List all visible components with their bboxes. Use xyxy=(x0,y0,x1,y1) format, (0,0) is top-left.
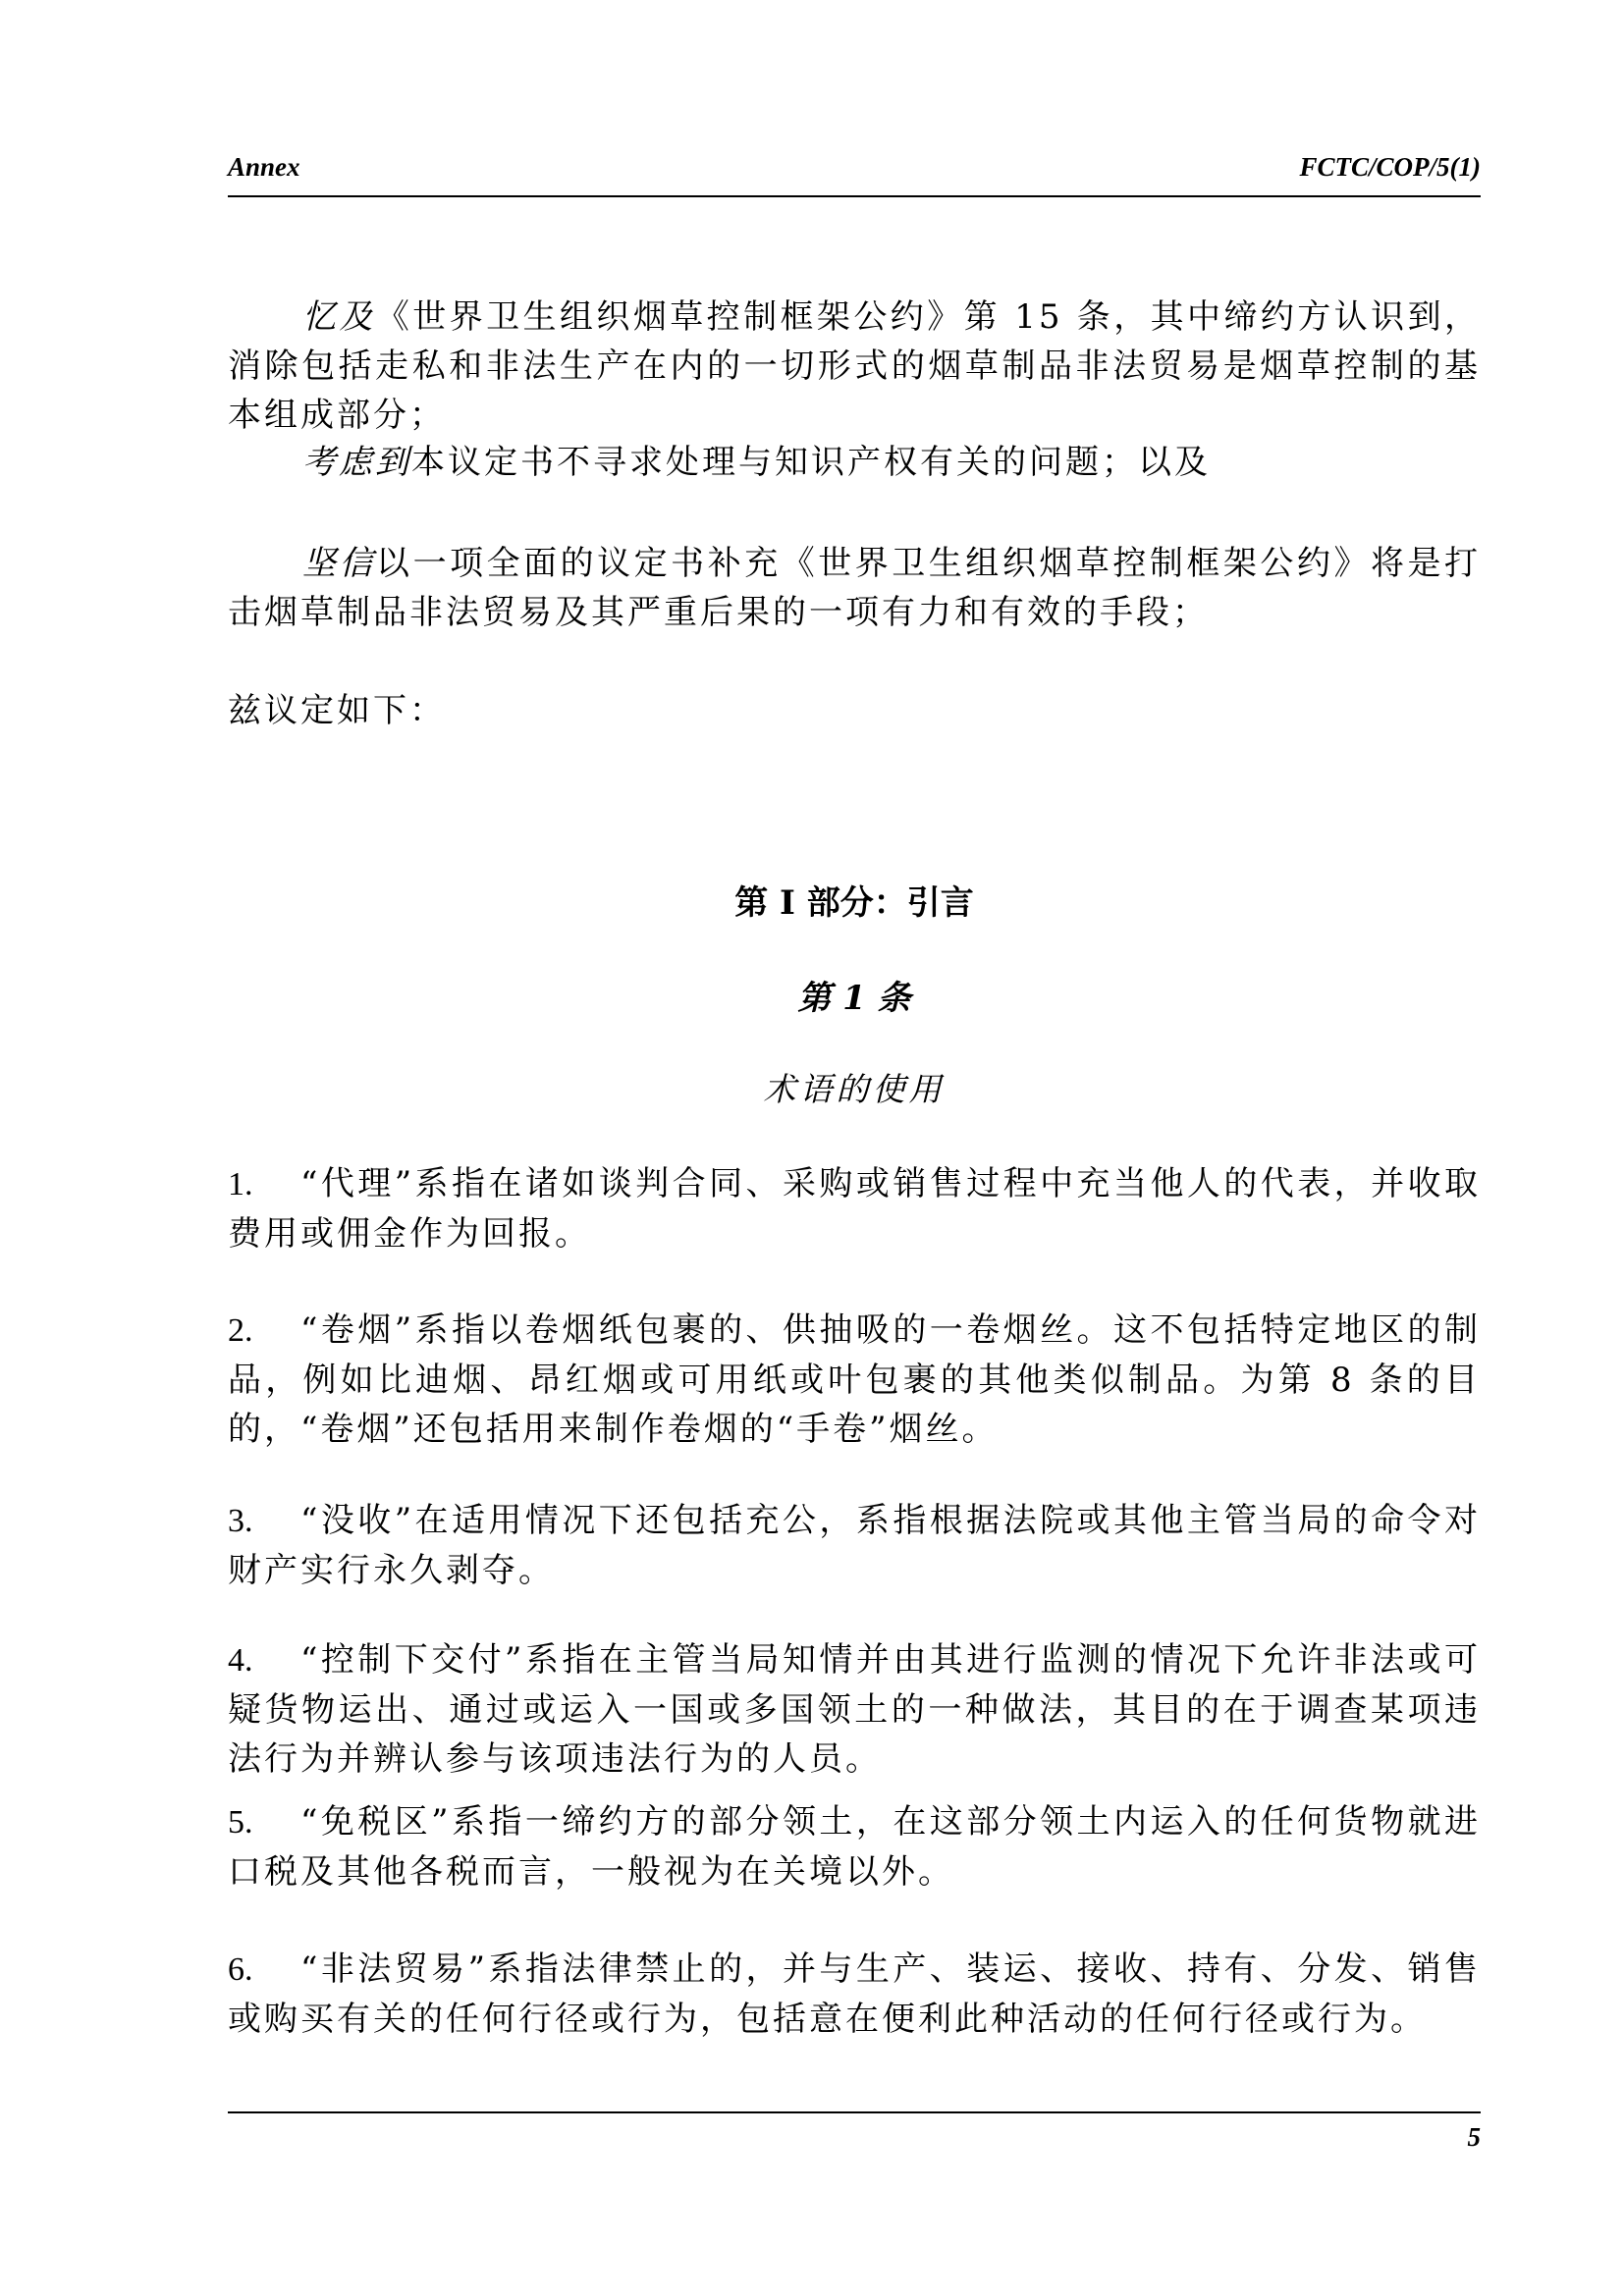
article-subtitle: 术语的使用 xyxy=(228,1066,1481,1113)
page-number: 5 xyxy=(1468,2122,1482,2153)
definition-text: “非法贸易”系指法律禁止的，并与生产、装运、接收、持有、分发、销售或购买有关的任… xyxy=(228,1949,1481,2039)
preamble-lead: 忆及 xyxy=(302,297,376,337)
definition-number: 3. xyxy=(228,1497,300,1546)
preamble-text: 《世界卫生组织烟草控制框架公约》第 15 条，其中缔约方认识到，消除包括走私和非… xyxy=(228,297,1481,435)
part-heading: 第 I 部分：引言 xyxy=(228,880,1481,927)
preamble-paragraph-3: 坚信以一项全面的议定书补充《世界卫生组织烟草控制框架公约》将是打击烟草制品非法贸… xyxy=(228,539,1481,637)
preamble-paragraph-2: 考虑到本议定书不寻求处理与知识产权有关的问题；以及 xyxy=(228,438,1481,487)
definition-item: 2.“卷烟”系指以卷烟纸包裹的、供抽吸的一卷烟丝。这不包括特定地区的制品，例如比… xyxy=(228,1306,1481,1454)
definition-number: 1. xyxy=(228,1160,300,1209)
definition-item: 5.“免税区”系指一缔约方的部分领土，在这部分领土内运入的任何货物就进口税及其他… xyxy=(228,1797,1481,1896)
preamble-text: 以一项全面的议定书补充《世界卫生组织烟草控制框架公约》将是打击烟草制品非法贸易及… xyxy=(228,544,1481,632)
definition-number: 4. xyxy=(228,1636,300,1685)
header-annex-label: Annex xyxy=(228,152,300,183)
definition-text: “代理”系指在诸如谈判合同、采购或销售过程中充当他人的代表，并收取费用或佣金作为… xyxy=(228,1164,1481,1254)
agreement-line: 兹议定如下： xyxy=(228,686,1481,735)
definition-number: 2. xyxy=(228,1307,300,1356)
article-heading: 第 1 条 xyxy=(228,975,1481,1022)
definition-number: 5. xyxy=(228,1798,300,1847)
definition-text: “没收”在适用情况下还包括充公，系指根据法院或其他主管当局的命令对财产实行永久剥… xyxy=(228,1501,1481,1590)
document-page: Annex FCTC/COP/5(1) 忆及《世界卫生组织烟草控制框架公约》第 … xyxy=(0,0,1624,2296)
preamble-lead: 考虑到 xyxy=(302,443,411,482)
definition-item: 4.“控制下交付”系指在主管当局知情并由其进行监测的情况下允许非法或可疑货物运出… xyxy=(228,1635,1481,1784)
header-document-code: FCTC/COP/5(1) xyxy=(1299,152,1481,183)
definition-item: 3.“没收”在适用情况下还包括充公，系指根据法院或其他主管当局的命令对财产实行永… xyxy=(228,1496,1481,1595)
preamble-paragraph-1: 忆及《世界卫生组织烟草控制框架公约》第 15 条，其中缔约方认识到，消除包括走私… xyxy=(228,293,1481,440)
preamble-lead: 坚信 xyxy=(302,544,376,583)
definition-text: “控制下交付”系指在主管当局知情并由其进行监测的情况下允许非法或可疑货物运出、通… xyxy=(228,1640,1481,1779)
preamble-text: 本议定书不寻求处理与知识产权有关的问题；以及 xyxy=(411,443,1211,482)
definition-text: “卷烟”系指以卷烟纸包裹的、供抽吸的一卷烟丝。这不包括特定地区的制品，例如比迪烟… xyxy=(228,1310,1481,1449)
definition-number: 6. xyxy=(228,1946,300,1995)
header-divider xyxy=(228,195,1481,197)
footer-divider xyxy=(228,2111,1481,2113)
definition-item: 1.“代理”系指在诸如谈判合同、采购或销售过程中充当他人的代表，并收取费用或佣金… xyxy=(228,1159,1481,1258)
definition-item: 6.“非法贸易”系指法律禁止的，并与生产、装运、接收、持有、分发、销售或购买有关… xyxy=(228,1945,1481,2044)
page-header: Annex FCTC/COP/5(1) xyxy=(228,147,1481,187)
definition-text: “免税区”系指一缔约方的部分领土，在这部分领土内运入的任何货物就进口税及其他各税… xyxy=(228,1802,1481,1892)
